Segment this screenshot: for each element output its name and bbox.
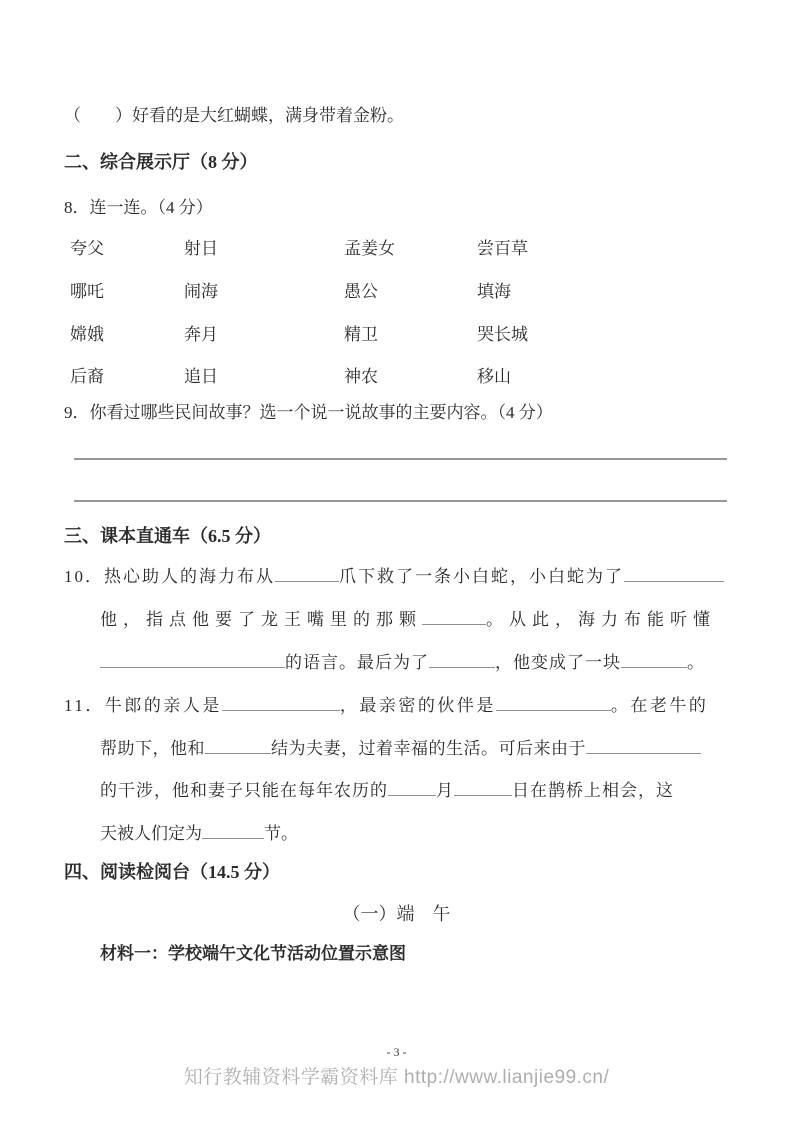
blank-underline — [388, 780, 436, 796]
blank-underline — [621, 652, 687, 668]
question-text: 日在鹊桥上相会，这 — [512, 781, 674, 800]
question-text: 节。 — [264, 824, 298, 843]
question-11-number: 11． — [64, 696, 105, 715]
answer-line — [74, 500, 727, 502]
question-text: 爪下救了一条小白蛇，小白蛇为了 — [339, 567, 624, 586]
question-text: 。在老牛的 — [611, 696, 709, 715]
match-cell: 哭长城 — [477, 320, 528, 345]
question-text: 结为夫妻，过着幸福的生活。可后来由于 — [271, 739, 586, 758]
question-10-number: 10． — [64, 567, 104, 586]
material-1-caption: 材料一：学校端午文化节活动位置示意图 — [100, 942, 406, 966]
match-cell: 奔月 — [184, 320, 218, 345]
question-text: 月 — [436, 781, 454, 800]
blank-underline — [275, 566, 339, 582]
question-9-label: 9．你看过哪些民间故事？选一个说一说故事的主要内容。（4 分） — [64, 401, 553, 425]
section-2-heading: 二、综合展示厅（8 分） — [64, 150, 258, 174]
section-3-heading: 三、课本直通车（6.5 分） — [64, 524, 271, 548]
blank-underline — [202, 823, 264, 839]
question-10-line-3: 的语言。最后为了，他变成了一块。 — [100, 651, 705, 675]
match-cell: 尝百草 — [477, 234, 528, 259]
question-text: 的干涉，他和妻子只能在每年农历的 — [100, 781, 388, 800]
question-text: 他，指点他要了龙王嘴里的那颗 — [100, 610, 422, 629]
blank-underline — [586, 738, 701, 754]
blank-underline — [205, 738, 271, 754]
match-cell: 闹海 — [184, 277, 218, 302]
blank-underline — [422, 609, 486, 625]
match-cell: 射日 — [184, 234, 218, 259]
question-text: ，最亲密的伙伴是 — [340, 696, 496, 715]
question-text: ，他变成了一块 — [495, 653, 621, 672]
match-cell: 追日 — [184, 362, 218, 387]
question-10-line-1: 10．热心助人的海力布从爪下救了一条小白蛇，小白蛇为了 — [64, 565, 724, 589]
question-text: 帮助下，他和 — [100, 739, 205, 758]
match-cell: 神农 — [344, 362, 378, 387]
match-cell: 嫦娥 — [70, 320, 104, 345]
question-text: 天被人们定为 — [100, 824, 202, 843]
question-text: 的语言。最后为了 — [285, 653, 429, 672]
test-paper-page: （ ）好看的是大红蝴蝶，满身带着金粉。 二、综合展示厅（8 分） 8．连一连。（… — [0, 0, 793, 1122]
match-cell: 愚公 — [344, 277, 378, 302]
question-11-line-2: 帮助下，他和结为夫妻，过着幸福的生活。可后来由于 — [100, 737, 701, 761]
blank-underline — [222, 695, 340, 711]
blank-underline — [429, 652, 495, 668]
question-11-line-3: 的干涉，他和妻子只能在每年农历的月日在鹊桥上相会，这 — [100, 779, 674, 803]
page-number: - 3 - — [0, 1040, 793, 1064]
question-text: 。从此，海力布能听懂 — [486, 610, 716, 629]
question-11-line-1: 11．牛郎的亲人是，最亲密的伙伴是。在老牛的 — [64, 694, 708, 718]
blank-underline — [100, 652, 285, 668]
question-text: 热心助人的海力布从 — [104, 567, 275, 586]
answer-line — [74, 458, 727, 460]
blank-underline — [624, 566, 724, 582]
footer-watermark: 知行教辅资料学霸资料库 http://www.lianjie99.cn/ — [0, 1066, 793, 1090]
match-cell: 夸父 — [70, 234, 104, 259]
question-text: 。 — [687, 653, 705, 672]
question-11-line-4: 天被人们定为节。 — [100, 822, 298, 846]
match-cell: 后裔 — [70, 362, 104, 387]
true-false-item: （ ）好看的是大红蝴蝶，满身带着金粉。 — [64, 104, 404, 128]
match-cell: 移山 — [477, 362, 511, 387]
section-4-heading: 四、阅读检阅台（14.5 分） — [64, 860, 280, 884]
question-text: 牛郎的亲人是 — [105, 696, 222, 715]
blank-underline — [496, 695, 611, 711]
question-8-label: 8．连一连。（4 分） — [64, 196, 213, 220]
match-cell: 填海 — [477, 277, 511, 302]
match-cell: 精卫 — [344, 320, 378, 345]
blank-underline — [454, 780, 512, 796]
passage-subtitle: （一）端 午 — [0, 902, 793, 926]
match-cell: 哪吒 — [70, 277, 104, 302]
match-cell: 孟姜女 — [344, 234, 395, 259]
question-10-line-2: 他，指点他要了龙王嘴里的那颗。从此，海力布能听懂 — [100, 608, 716, 632]
